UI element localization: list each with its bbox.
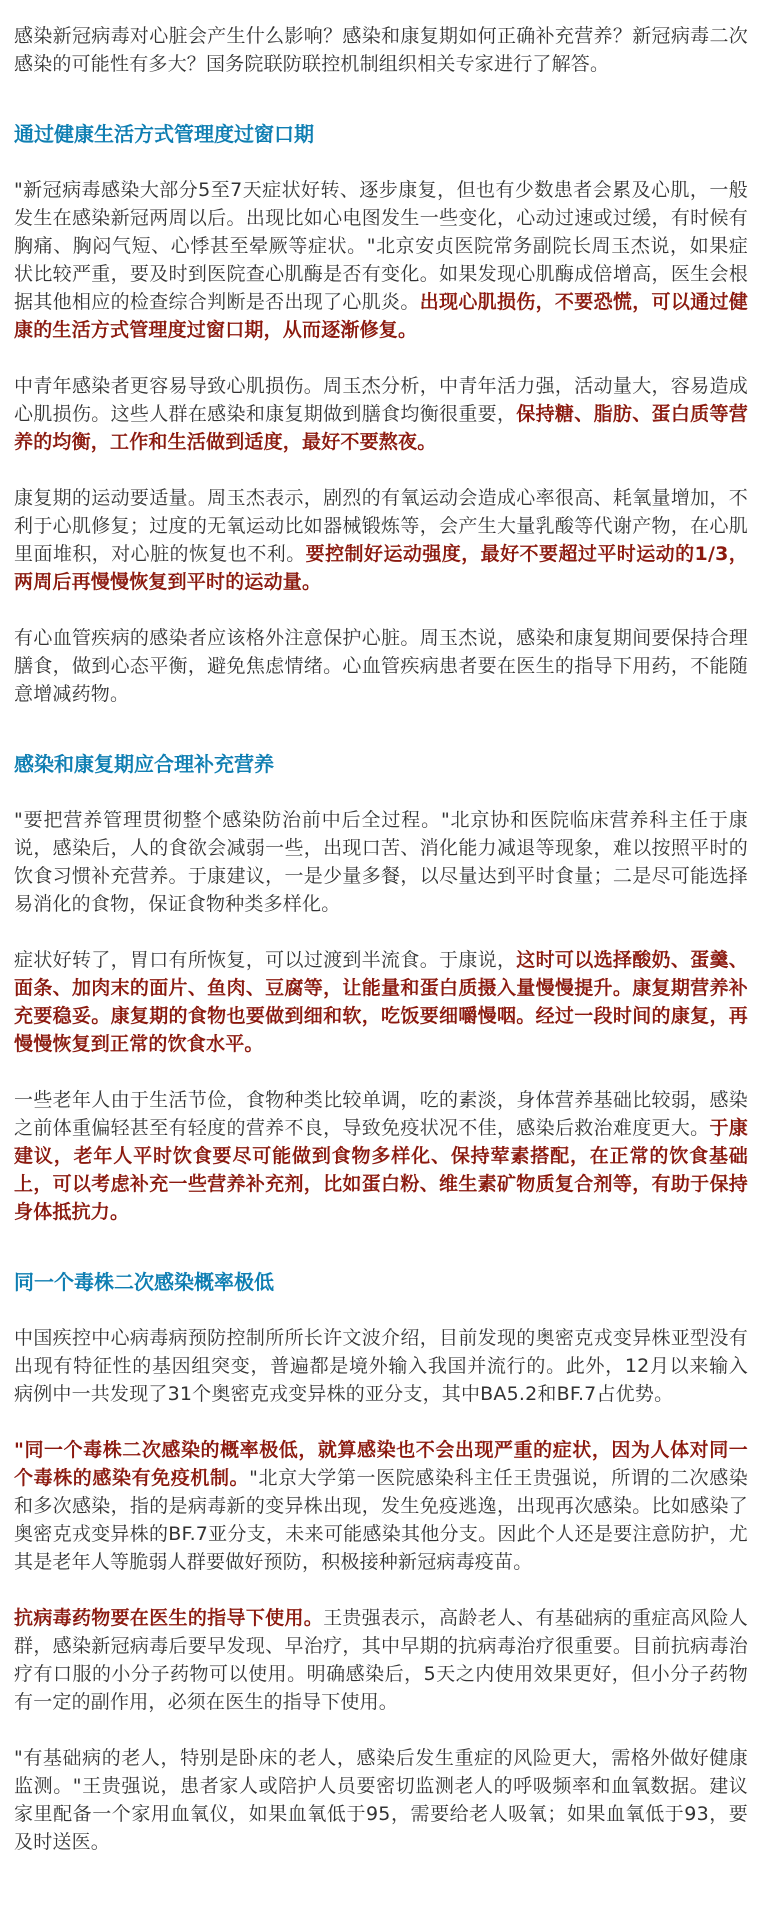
article-intro: 感染新冠病毒对心脏会产生什么影响？感染和康复期如何正确补充营养？新冠病毒二次感染… xyxy=(14,22,748,78)
emphasis-text: 抗病毒药物要在医生的指导下使用。 xyxy=(14,1607,323,1629)
paragraph: 康复期的运动要适量。周玉杰表示，剧烈的有氧运动会造成心率很高、耗氧量增加，不利于… xyxy=(14,484,748,596)
section-heading-1: 通过健康生活方式管理度过窗口期 xyxy=(14,120,748,148)
body-text: 中国疾控中心病毒病预防控制所所长许文波介绍，目前发现的奥密克戎变异株亚型没有出现… xyxy=(14,1327,748,1405)
paragraph: 中国疾控中心病毒病预防控制所所长许文波介绍，目前发现的奥密克戎变异株亚型没有出现… xyxy=(14,1324,748,1408)
paragraph: "有基础病的老人，特别是卧床的老人，感染后发生重症的风险更大，需格外做好健康监测… xyxy=(14,1744,748,1856)
section-heading-3: 同一个毒株二次感染概率极低 xyxy=(14,1268,748,1296)
paragraph: 症状好转了，胃口有所恢复，可以过渡到半流食。于康说，这时可以选择酸奶、蛋羹、面条… xyxy=(14,946,748,1058)
paragraph: 抗病毒药物要在医生的指导下使用。王贵强表示，高龄老人、有基础病的重症高风险人群，… xyxy=(14,1604,748,1716)
paragraph: "要把营养管理贯彻整个感染防治前中后全过程。"北京协和医院临床营养科主任于康说，… xyxy=(14,806,748,918)
paragraph: "新冠病毒感染大部分5至7天症状好转、逐步康复，但也有少数患者会累及心肌，一般发… xyxy=(14,176,748,344)
body-text: "要把营养管理贯彻整个感染防治前中后全过程。"北京协和医院临床营养科主任于康说，… xyxy=(14,809,748,915)
paragraph: 中青年感染者更容易导致心肌损伤。周玉杰分析，中青年活力强，活动量大，容易造成心肌… xyxy=(14,372,748,456)
section-heading-2: 感染和康复期应合理补充营养 xyxy=(14,750,748,778)
article-sections: 通过健康生活方式管理度过窗口期"新冠病毒感染大部分5至7天症状好转、逐步康复，但… xyxy=(14,120,748,1856)
body-text: 有心血管疾病的感染者应该格外注意保护心脏。周玉杰说，感染和康复期间要保持合理膳食… xyxy=(14,627,748,705)
paragraph: "同一个毒株二次感染的概率极低，就算感染也不会出现严重的症状，因为人体对同一个毒… xyxy=(14,1436,748,1576)
article-body: 感染新冠病毒对心脏会产生什么影响？感染和康复期如何正确补充营养？新冠病毒二次感染… xyxy=(0,0,762,1910)
body-text: "有基础病的老人，特别是卧床的老人，感染后发生重症的风险更大，需格外做好健康监测… xyxy=(14,1747,748,1853)
paragraph: 一些老年人由于生活节俭，食物种类比较单调，吃的素淡，身体营养基础比较弱，感染之前… xyxy=(14,1086,748,1226)
paragraph: 有心血管疾病的感染者应该格外注意保护心脏。周玉杰说，感染和康复期间要保持合理膳食… xyxy=(14,624,748,708)
body-text: 症状好转了，胃口有所恢复，可以过渡到半流食。于康说， xyxy=(14,949,516,971)
body-text: 一些老年人由于生活节俭，食物种类比较单调，吃的素淡，身体营养基础比较弱，感染之前… xyxy=(14,1089,748,1139)
